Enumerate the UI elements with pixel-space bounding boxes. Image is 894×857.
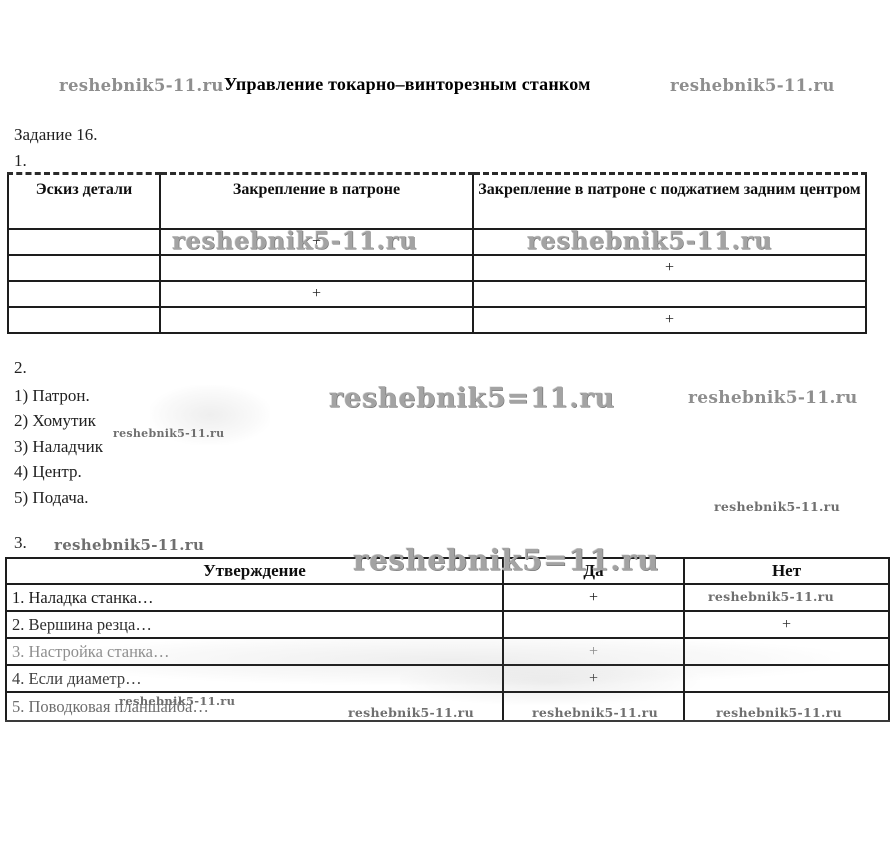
table-row: 2. Вершина резца… +: [6, 611, 889, 638]
cell-chuck-center: +: [473, 255, 866, 281]
cell-yes: [503, 611, 684, 638]
cell-chuck: +: [160, 281, 473, 307]
watermark: reshebnik5-11.ru: [670, 76, 835, 95]
cell-no: +: [684, 611, 889, 638]
section-3-label: 3.: [14, 533, 27, 553]
watermark: reshebnik5-11.ru: [532, 705, 658, 720]
cell-yes: +: [503, 584, 684, 611]
watermark: reshebnik5-11.ru: [113, 427, 224, 440]
cell-yes: +: [503, 665, 684, 692]
watermark: reshebnik5-11.ru: [716, 705, 842, 720]
table-row: +: [8, 255, 866, 281]
cell-statement: 4. Если диаметр…: [6, 665, 503, 692]
list-item: 5) Подача.: [14, 485, 103, 510]
table-row: 3. Настройка станка… +: [6, 638, 889, 665]
watermark: reshebnik5=11.ru: [353, 543, 659, 577]
page-title: Управление токарно–винторезным станком: [224, 74, 591, 95]
terms-list: 1) Патрон. 2) Хомутик 3) Наладчик 4) Цен…: [14, 383, 103, 510]
cell-sketch: [8, 229, 160, 255]
cell-sketch: [8, 255, 160, 281]
cell-no: [684, 665, 889, 692]
cell-sketch: [8, 281, 160, 307]
table-row: +: [8, 281, 866, 307]
cell-yes: +: [503, 638, 684, 665]
watermark: reshebnik5-11.ru: [54, 536, 204, 554]
list-item: 2) Хомутик: [14, 408, 103, 433]
list-item: 3) Наладчик: [14, 434, 103, 459]
list-item: 1) Патрон.: [14, 383, 103, 408]
cell-statement: 2. Вершина резца…: [6, 611, 503, 638]
section-1-label: 1.: [14, 151, 27, 171]
list-item: 4) Центр.: [14, 459, 103, 484]
document-page: reshebnik5-11.ru Управление токарно–винт…: [0, 0, 894, 857]
table-row: +: [8, 307, 866, 333]
cell-chuck-center: +: [473, 307, 866, 333]
watermark: reshebnik5=11.ru: [329, 383, 615, 414]
cell-chuck: [160, 307, 473, 333]
table-header-row: Эскиз детали Закрепление в патроне Закре…: [8, 174, 866, 230]
section-2-label: 2.: [14, 358, 27, 378]
watermark: reshebnik5-11.ru: [119, 694, 235, 708]
col-header-sketch: Эскиз детали: [8, 174, 160, 230]
task-label: Задание 16.: [14, 125, 98, 145]
watermark: reshebnik5-11.ru: [348, 705, 474, 720]
table-row: 4. Если диаметр… +: [6, 665, 889, 692]
cell-sketch: [8, 307, 160, 333]
watermark: reshebnik5-11.ru: [688, 388, 858, 408]
cell-chuck-center: [473, 281, 866, 307]
watermark: reshebnik5-11.ru: [527, 226, 772, 255]
cell-no: [684, 638, 889, 665]
watermark: reshebnik5-11.ru: [714, 499, 840, 514]
watermark: reshebnik5-11.ru: [708, 589, 834, 604]
col-header-no: Нет: [684, 558, 889, 584]
col-header-chuck-center: Закрепление в патроне с поджатием задним…: [473, 174, 866, 230]
cell-chuck: [160, 255, 473, 281]
watermark: reshebnik5-11.ru: [59, 76, 224, 95]
cell-statement: 3. Настройка станка…: [6, 638, 503, 665]
watermark: reshebnik5-11.ru: [172, 226, 417, 255]
col-header-chuck: Закрепление в патроне: [160, 174, 473, 230]
cell-statement: 1. Наладка станка…: [6, 584, 503, 611]
